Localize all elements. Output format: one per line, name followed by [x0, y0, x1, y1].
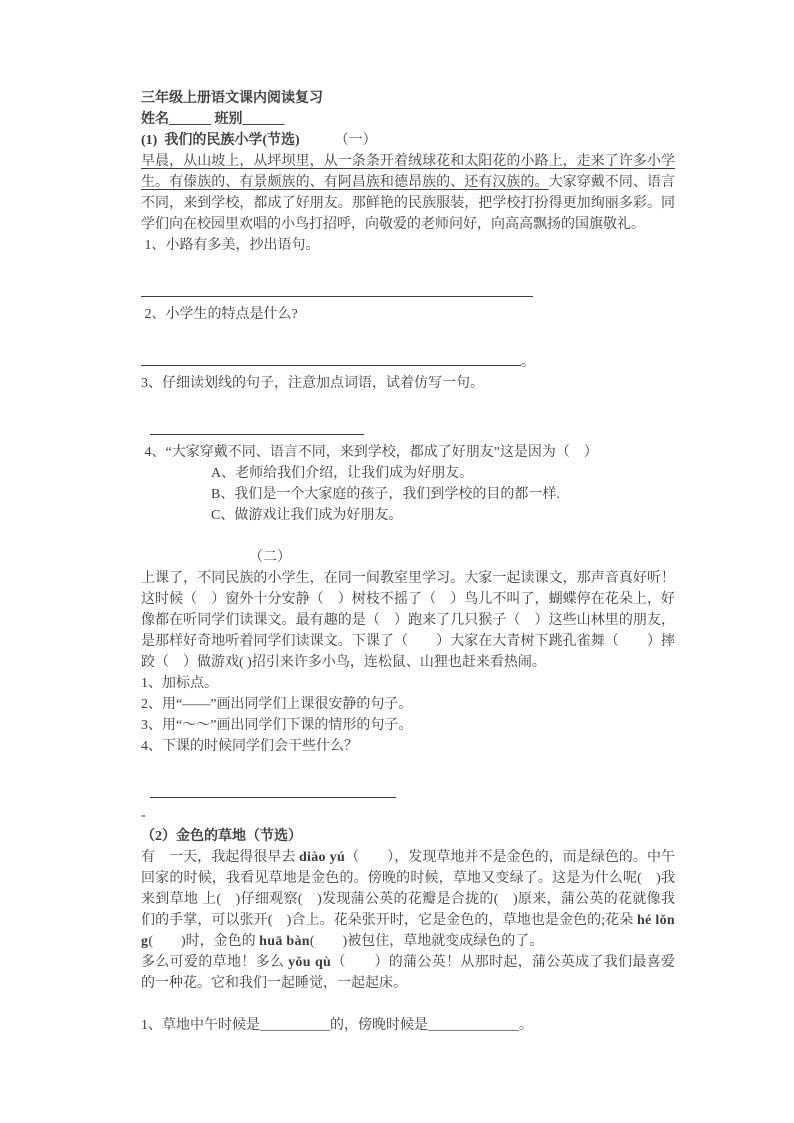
gap [141, 994, 675, 1015]
q1-4: 4、“大家穿戴不同、语言不同，来到学校，都成了好朋友”这是因为（ ） [141, 442, 675, 463]
text-run: 1、小路有多美，抄出语句。 [141, 238, 320, 253]
q3-1: 1、草地中午时候是__________的，傍晚时候是_____________。 [141, 1015, 675, 1036]
section1-heading: (1) 我们的民族小学(节选) （一） [141, 130, 675, 151]
rule-suffix: 。 [521, 355, 535, 370]
text-run: （一） [300, 133, 377, 148]
text-run: 2、用“——”画出同学们上课很安静的句子。 [141, 697, 412, 712]
text-run: 3、仔细读划线的句子，注意加点词语，试着仿写一句。 [141, 376, 484, 391]
answer-rule-3 [141, 415, 675, 442]
pinyin-run: diào yú [299, 850, 345, 865]
q1-4-option-a: A、老师给我们介绍，让我们成为好朋友。 [141, 463, 675, 484]
gap [141, 325, 675, 346]
text-run: 3、用“～～”画出同学们下课的情形的句子。 [141, 718, 412, 733]
text-run: - [141, 808, 146, 823]
text-run: 1、草地中午时候是__________的，傍晚时候是_____________。 [141, 1018, 533, 1033]
gap [141, 526, 675, 547]
q1-4-option-c: C、做游戏让我们成为好朋友。 [141, 505, 675, 526]
passage3: 有 一天，我起得很早去 diào yú（ ），发现草地并不是金色的，而是绿色的。… [141, 847, 675, 952]
text-run: A、老师给我们介绍，让我们成为好朋友。 [211, 466, 473, 481]
text-run: B、我们是一个大家庭的孩子，我们到学校的目的都一样. [211, 487, 560, 502]
q1-3: 3、仔细读划线的句子，注意加点词语，试着仿写一句。 [141, 373, 675, 394]
answer-blank-line [150, 415, 364, 435]
q1-2: 2、小学生的特点是什么? [141, 304, 675, 325]
answer-blank-line [150, 778, 396, 798]
answer-rule-4 [141, 778, 675, 805]
text-run: 多么可爱的草地！多么 [141, 955, 288, 970]
section2-heading: （2）金色的草地（节选） [141, 826, 675, 847]
text-run: （2）金色的草地（节选） [141, 829, 302, 844]
q1-1: 1、小路有多美，抄出语句。 [141, 235, 675, 256]
section1-part2-heading: （二） [141, 547, 675, 568]
text-run: 三年级上册语文课内阅读复习 [141, 91, 323, 106]
gap [141, 256, 675, 277]
text-run: （二） [249, 550, 291, 565]
pinyin-run: huā bàn [259, 934, 310, 949]
text-run: 2、小学生的特点是什么? [141, 307, 298, 322]
q2-1: 1、加标点。 [141, 673, 675, 694]
worksheet-page: 三年级上册语文课内阅读复习姓名______ 班别______(1) 我们的民族小… [0, 0, 794, 1123]
q2-2: 2、用“——”画出同学们上课很安静的句子。 [141, 694, 675, 715]
text-run: ( )被包住，草地就变成绿色的了。 [310, 934, 543, 949]
answer-rule-2: 。 [141, 346, 675, 373]
q2-3: 3、用“～～”画出同学们下课的情形的句子。 [141, 715, 675, 736]
text-run: 4、“大家穿戴不同、语言不同，来到学校，都成了好朋友”这是因为（ ） [141, 445, 598, 460]
text-run: 4、下课的时候同学们会干些什么？ [141, 739, 358, 754]
answer-blank-line [141, 277, 533, 297]
doc-title: 三年级上册语文课内阅读复习 [141, 88, 675, 109]
q2-4: 4、下课的时候同学们会干些什么？ [141, 736, 675, 757]
text-run: 有 一天，我起得很早去 [141, 850, 299, 865]
q1-4-option-b: B、我们是一个大家庭的孩子，我们到学校的目的都一样. [141, 484, 675, 505]
pinyin-run: yǒu qù [288, 955, 331, 970]
answer-rule-1 [141, 277, 675, 304]
dash-line: - [141, 805, 675, 826]
passage3-part2: 多么可爱的草地！多么 yǒu qù（ ）的蒲公英！从那时起，蒲公英成了我们最喜爱… [141, 952, 675, 994]
passage2: 上课了，不同民族的小学生，在同一间教室里学习。大家一起读课文，那声音真好听！这时… [141, 568, 675, 673]
text-run: 上课了，不同民族的小学生，在同一间教室里学习。大家一起读课文，那声音真好听！这时… [141, 571, 675, 670]
text-run: ( )时，金色的 [148, 934, 259, 949]
passage1: 早晨，从山坡上，从坪坝里，从一条条开着绒球花和太阳花的小路上，走来了许多小学生。… [141, 151, 675, 235]
gap [141, 394, 675, 415]
text-run: C、做游戏让我们成为好朋友。 [211, 508, 402, 523]
text-run: 1、加标点。 [141, 676, 218, 691]
name-class-line: 姓名______ 班别______ [141, 109, 675, 130]
document-content: 三年级上册语文课内阅读复习姓名______ 班别______(1) 我们的民族小… [141, 88, 675, 1036]
gap [141, 757, 675, 778]
text-run: (1) 我们的民族小学(节选) [141, 133, 300, 148]
answer-blank-line [141, 346, 521, 366]
text-run: 姓名______ 班别______ [141, 112, 285, 127]
